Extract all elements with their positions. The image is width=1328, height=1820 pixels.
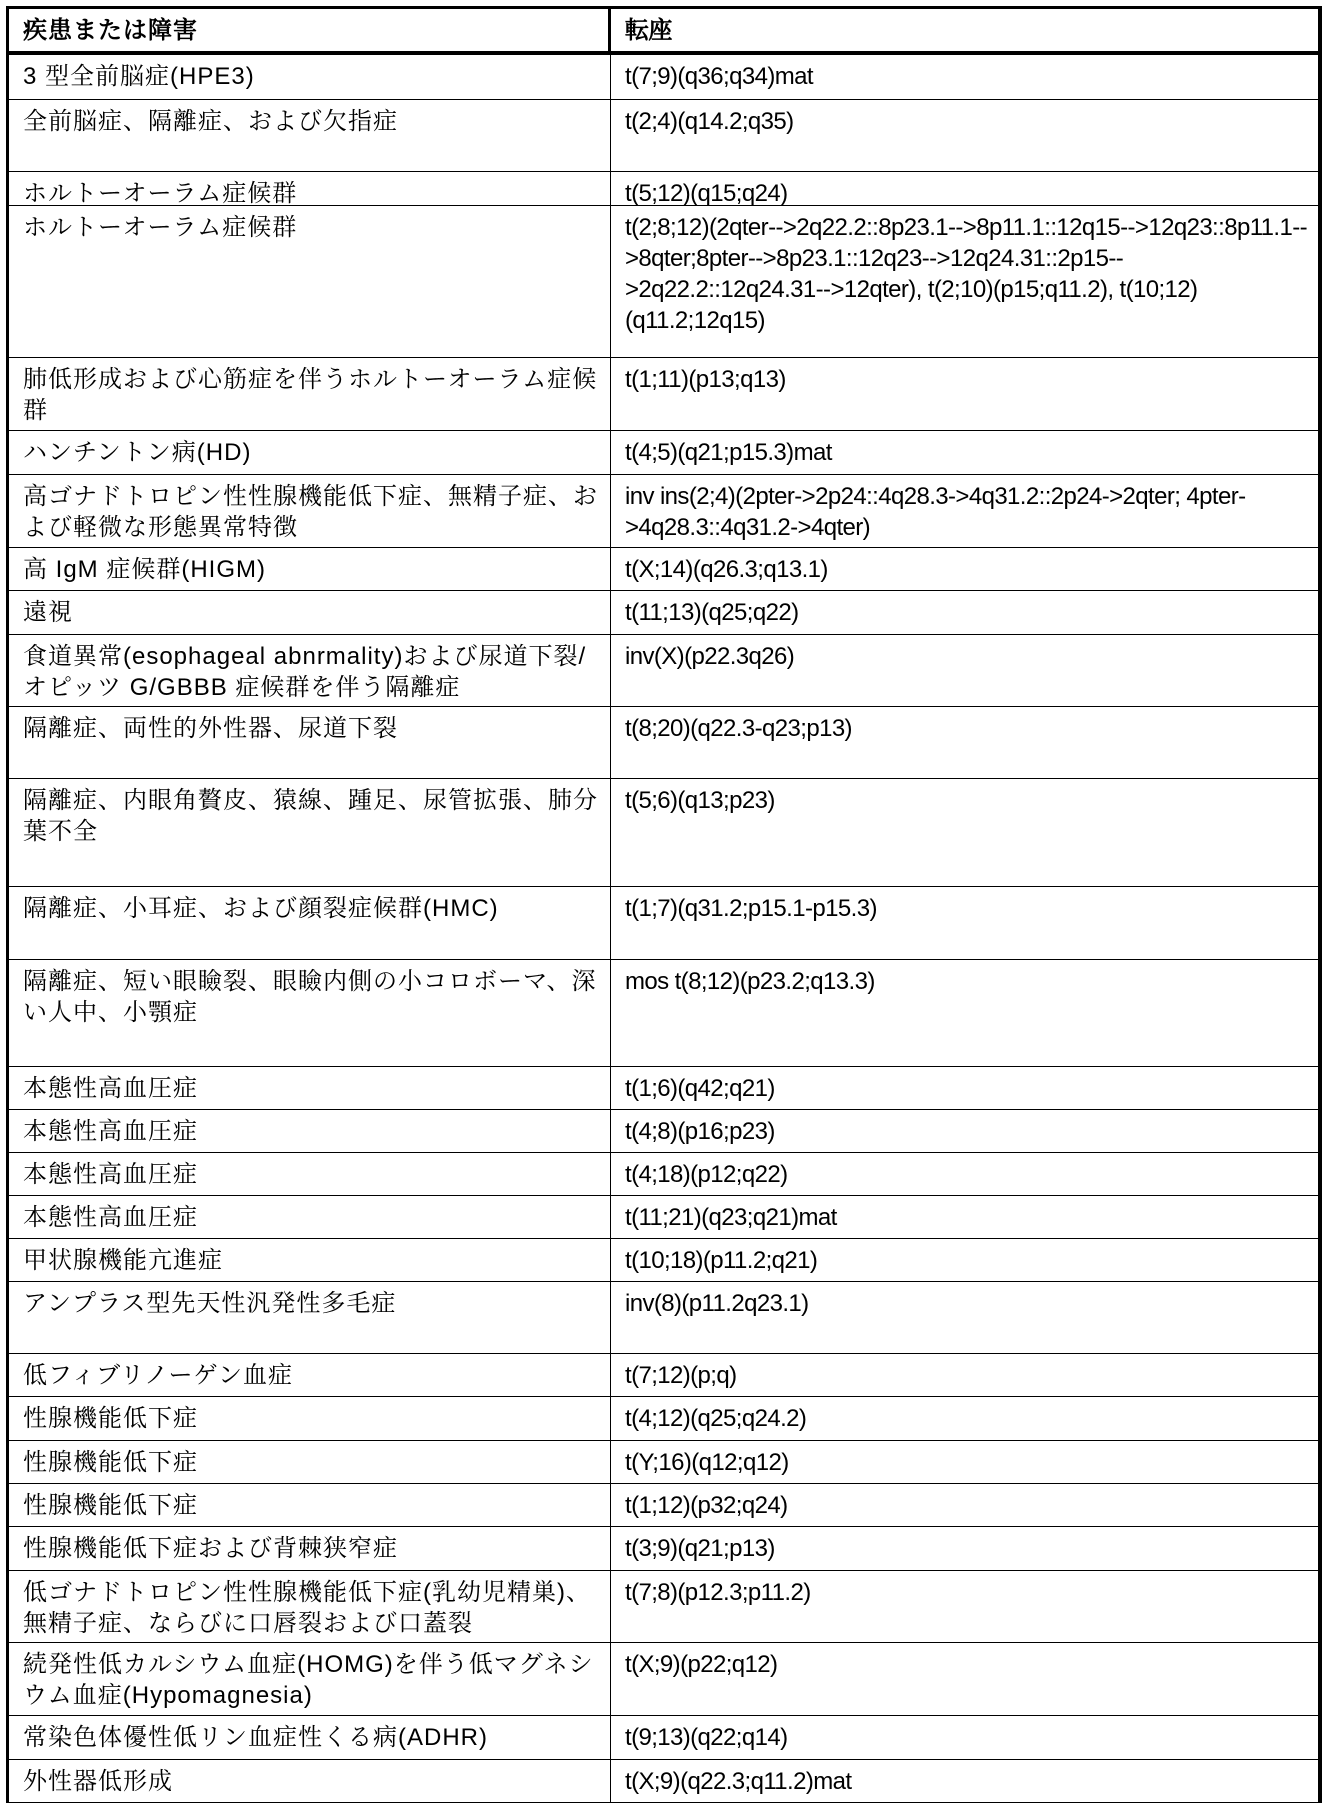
- table-row: アンプラス型先天性汎発性多毛症inv(8)(p11.2q23.1): [9, 1282, 1318, 1354]
- table-row: 本態性高血圧症t(11;21)(q23;q21)mat: [9, 1196, 1318, 1239]
- table-row: 3 型全前脳症(HPE3)t(7;9)(q36;q34)mat: [9, 55, 1318, 100]
- table-row: 高 IgM 症候群(HIGM)t(X;14)(q26.3;q13.1): [9, 548, 1318, 591]
- disease-cell: 低ゴナドトロピン性性腺機能低下症(乳幼児精巣)、無精子症、ならびに口唇裂および口…: [9, 1571, 611, 1642]
- table-row: 肺低形成および心筋症を伴うホルトーオーラム症候群t(1;11)(p13;q13): [9, 358, 1318, 431]
- table-row: 性腺機能低下症および背棘狭窄症t(3;9)(q21;p13): [9, 1527, 1318, 1571]
- disease-cell: 本態性高血圧症: [9, 1067, 611, 1109]
- table-row: 本態性高血圧症t(4;8)(p16;p23): [9, 1110, 1318, 1153]
- table-row: ホルトーオーラム症候群t(2;8;12)(2qter-->2q22.2::8p2…: [9, 206, 1318, 358]
- disease-cell: ホルトーオーラム症候群: [9, 172, 611, 205]
- disease-cell: 低フィブリノーゲン血症: [9, 1354, 611, 1396]
- table-row: 隔離症、短い眼瞼裂、眼瞼内側の小コロボーマ、深い人中、小顎症mos t(8;12…: [9, 960, 1318, 1067]
- disease-cell: 肺低形成および心筋症を伴うホルトーオーラム症候群: [9, 358, 611, 430]
- disease-cell: 遠視: [9, 591, 611, 634]
- disease-cell: 高ゴナドトロピン性性腺機能低下症、無精子症、および軽微な形態異常特徴: [9, 475, 611, 547]
- disease-cell: 3 型全前脳症(HPE3): [9, 55, 611, 99]
- translocation-cell: t(7;12)(p;q): [611, 1354, 1318, 1396]
- table-row: ハンチントン病(HD)t(4;5)(q21;p15.3)mat: [9, 431, 1318, 475]
- translocation-cell: t(4;8)(p16;p23): [611, 1110, 1318, 1152]
- table-header-row: 疾患または障害 転座: [9, 9, 1318, 55]
- table-row: 隔離症、内眼角贅皮、猿線、踵足、尿管拡張、肺分葉不全t(5;6)(q13;p23…: [9, 779, 1318, 887]
- disease-cell: 隔離症、短い眼瞼裂、眼瞼内側の小コロボーマ、深い人中、小顎症: [9, 960, 611, 1066]
- disease-cell: 本態性高血圧症: [9, 1153, 611, 1195]
- translocation-cell: t(5;12)(q15;q24): [611, 172, 1318, 205]
- translocation-table: 疾患または障害 転座 3 型全前脳症(HPE3)t(7;9)(q36;q34)m…: [6, 6, 1322, 1803]
- disease-cell: 隔離症、小耳症、および顔裂症候群(HMC): [9, 887, 611, 959]
- header-disease: 疾患または障害: [9, 9, 611, 51]
- table-row: 低フィブリノーゲン血症t(7;12)(p;q): [9, 1354, 1318, 1397]
- translocation-cell: t(4;18)(p12;q22): [611, 1153, 1318, 1195]
- translocation-cell: t(8;20)(q22.3-q23;p13): [611, 707, 1318, 778]
- translocation-cell: t(X;14)(q26.3;q13.1): [611, 548, 1318, 590]
- disease-cell: ハンチントン病(HD): [9, 431, 611, 474]
- disease-cell: 全前脳症、隔離症、および欠指症: [9, 100, 611, 171]
- table-row: 性腺機能低下症t(Y;16)(q12;q12): [9, 1441, 1318, 1484]
- translocation-cell: t(2;8;12)(2qter-->2q22.2::8p23.1-->8p11.…: [611, 206, 1318, 357]
- disease-cell: 続発性低カルシウム血症(HOMG)を伴う低マグネシウム血症(Hypomagnes…: [9, 1643, 611, 1715]
- translocation-cell: t(7;8)(p12.3;p11.2): [611, 1571, 1318, 1642]
- table-row: 全前脳症、隔離症、および欠指症t(2;4)(q14.2;q35): [9, 100, 1318, 172]
- table-body: 3 型全前脳症(HPE3)t(7;9)(q36;q34)mat全前脳症、隔離症、…: [9, 55, 1318, 1803]
- table-row: 隔離症、小耳症、および顔裂症候群(HMC)t(1;7)(q31.2;p15.1-…: [9, 887, 1318, 960]
- translocation-cell: inv(X)(p22.3q26): [611, 635, 1318, 706]
- disease-cell: 本態性高血圧症: [9, 1110, 611, 1152]
- translocation-cell: t(Y;16)(q12;q12): [611, 1441, 1318, 1483]
- translocation-cell: t(1;7)(q31.2;p15.1-p15.3): [611, 887, 1318, 959]
- table-row: 食道異常(esophageal abnrmality)および尿道下裂/オピッツ …: [9, 635, 1318, 707]
- disease-cell: 食道異常(esophageal abnrmality)および尿道下裂/オピッツ …: [9, 635, 611, 706]
- disease-cell: 隔離症、両性的外性器、尿道下裂: [9, 707, 611, 778]
- table-row: 性腺機能低下症t(1;12)(p32;q24): [9, 1484, 1318, 1527]
- translocation-cell: t(1;11)(p13;q13): [611, 358, 1318, 430]
- disease-cell: 常染色体優性低リン血症性くる病(ADHR): [9, 1716, 611, 1759]
- translocation-cell: mos t(8;12)(p23.2;q13.3): [611, 960, 1318, 1066]
- translocation-cell: t(7;9)(q36;q34)mat: [611, 55, 1318, 99]
- translocation-cell: inv ins(2;4)(2pter->2p24::4q28.3->4q31.2…: [611, 475, 1318, 547]
- translocation-cell: t(3;9)(q21;p13): [611, 1527, 1318, 1570]
- disease-cell: 性腺機能低下症: [9, 1397, 611, 1440]
- disease-cell: アンプラス型先天性汎発性多毛症: [9, 1282, 611, 1353]
- disease-cell: 性腺機能低下症: [9, 1441, 611, 1483]
- table-row: 低ゴナドトロピン性性腺機能低下症(乳幼児精巣)、無精子症、ならびに口唇裂および口…: [9, 1571, 1318, 1643]
- disease-cell: 甲状腺機能亢進症: [9, 1239, 611, 1281]
- translocation-cell: t(10;18)(p11.2;q21): [611, 1239, 1318, 1281]
- table-row: 常染色体優性低リン血症性くる病(ADHR)t(9;13)(q22;q14): [9, 1716, 1318, 1760]
- table-row: 本態性高血圧症t(4;18)(p12;q22): [9, 1153, 1318, 1196]
- translocation-cell: t(1;12)(p32;q24): [611, 1484, 1318, 1526]
- table-row: 続発性低カルシウム血症(HOMG)を伴う低マグネシウム血症(Hypomagnes…: [9, 1643, 1318, 1716]
- header-translocation: 転座: [611, 9, 1318, 51]
- translocation-cell: t(1;6)(q42;q21): [611, 1067, 1318, 1109]
- translocation-cell: t(9;13)(q22;q14): [611, 1716, 1318, 1759]
- disease-cell: 隔離症、内眼角贅皮、猿線、踵足、尿管拡張、肺分葉不全: [9, 779, 611, 886]
- disease-cell: 性腺機能低下症: [9, 1484, 611, 1526]
- table-row: 遠視t(11;13)(q25;q22): [9, 591, 1318, 635]
- table-row: 甲状腺機能亢進症t(10;18)(p11.2;q21): [9, 1239, 1318, 1282]
- translocation-cell: inv(8)(p11.2q23.1): [611, 1282, 1318, 1353]
- translocation-cell: t(11;13)(q25;q22): [611, 591, 1318, 634]
- table-row: 性腺機能低下症t(4;12)(q25;q24.2): [9, 1397, 1318, 1441]
- disease-cell: 性腺機能低下症および背棘狭窄症: [9, 1527, 611, 1570]
- table-row: 外性器低形成t(X;9)(q22.3;q11.2)mat: [9, 1760, 1318, 1803]
- translocation-cell: t(X;9)(q22.3;q11.2)mat: [611, 1760, 1318, 1802]
- disease-cell: 外性器低形成: [9, 1760, 611, 1802]
- disease-cell: 本態性高血圧症: [9, 1196, 611, 1238]
- translocation-cell: t(4;5)(q21;p15.3)mat: [611, 431, 1318, 474]
- translocation-cell: t(4;12)(q25;q24.2): [611, 1397, 1318, 1440]
- translocation-cell: t(11;21)(q23;q21)mat: [611, 1196, 1318, 1238]
- translocation-cell: t(5;6)(q13;p23): [611, 779, 1318, 886]
- table-row: 本態性高血圧症t(1;6)(q42;q21): [9, 1067, 1318, 1110]
- translocation-cell: t(X;9)(p22;q12): [611, 1643, 1318, 1715]
- table-row: 高ゴナドトロピン性性腺機能低下症、無精子症、および軽微な形態異常特徴inv in…: [9, 475, 1318, 548]
- translocation-cell: t(2;4)(q14.2;q35): [611, 100, 1318, 171]
- table-row: 隔離症、両性的外性器、尿道下裂t(8;20)(q22.3-q23;p13): [9, 707, 1318, 779]
- disease-cell: ホルトーオーラム症候群: [9, 206, 611, 357]
- table-row: ホルトーオーラム症候群t(5;12)(q15;q24): [9, 172, 1318, 206]
- disease-cell: 高 IgM 症候群(HIGM): [9, 548, 611, 590]
